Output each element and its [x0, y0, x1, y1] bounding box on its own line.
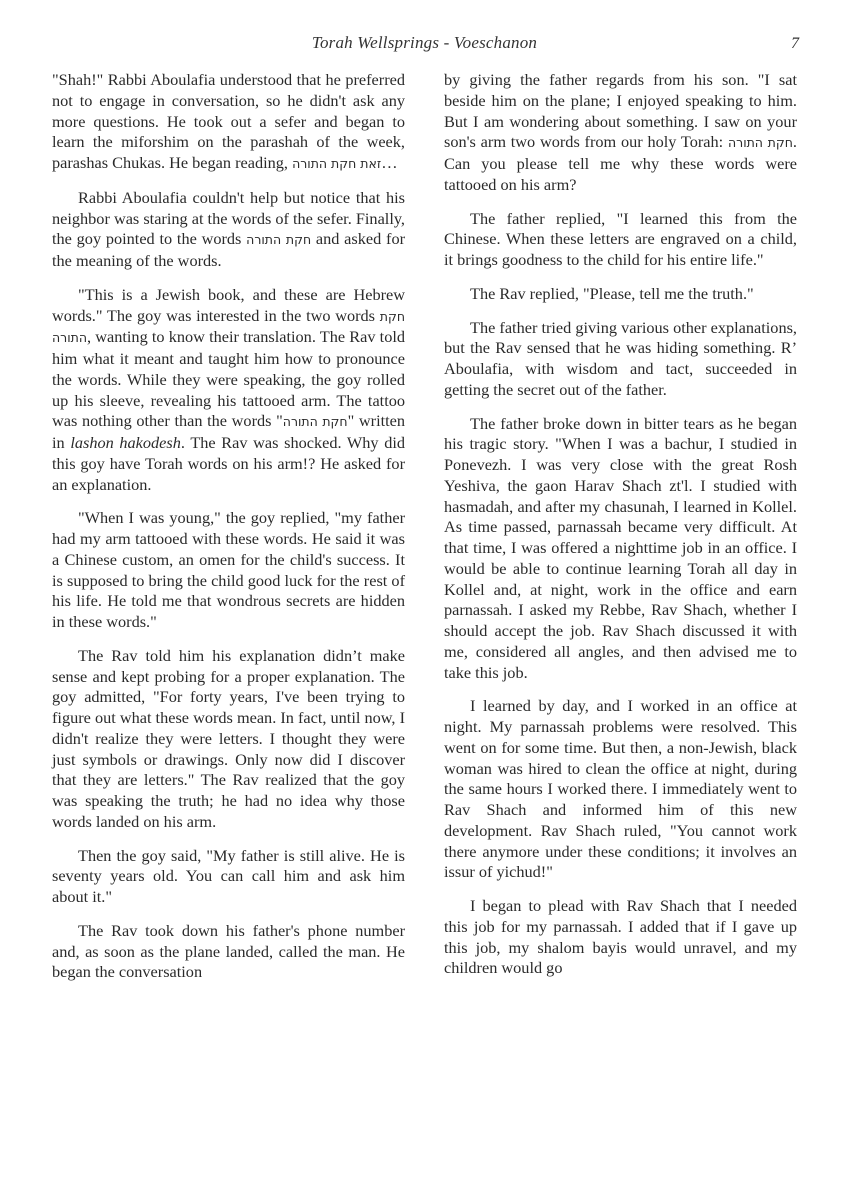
left-column: "Shah!" Rabbi Aboulafia understood that … [52, 70, 405, 996]
paragraph: Rabbi Aboulafia couldn't help but notice… [52, 188, 405, 272]
paragraph: The Rav told him his explanation didn’t … [52, 646, 405, 833]
paragraph: Then the goy said, "My father is still a… [52, 846, 405, 908]
hebrew-phrase: זאת חקת התורה [292, 156, 381, 171]
paragraph: The Rav took down his father's phone num… [52, 921, 405, 983]
paragraph: The father broke down in bitter tears as… [444, 414, 797, 684]
paragraph: "When I was young," the goy replied, "my… [52, 508, 405, 633]
page-header: Torah Wellsprings - Voeschanon 7 [0, 33, 849, 57]
paragraph: The father tried giving various other ex… [444, 318, 797, 401]
paragraph: I learned by day, and I worked in an off… [444, 696, 797, 883]
paragraph: I began to plead with Rav Shach that I n… [444, 896, 797, 979]
hebrew-phrase: חקת התורה [728, 135, 793, 150]
paragraph-text: "This is a Jewish book, and these are He… [52, 285, 405, 325]
paragraph: by giving the father regards from his so… [444, 70, 797, 196]
italic-term: lashon hakodesh [70, 433, 181, 452]
paragraph: The father replied, "I learned this from… [444, 209, 797, 271]
paragraph: "This is a Jewish book, and these are He… [52, 285, 405, 496]
paragraph-text: … [381, 153, 397, 172]
running-title: Torah Wellsprings - Voeschanon [0, 33, 849, 53]
right-column: by giving the father regards from his so… [444, 70, 797, 992]
hebrew-phrase: חקת התורה [283, 414, 348, 429]
paragraph: The Rav replied, "Please, tell me the tr… [444, 284, 797, 305]
paragraph: "Shah!" Rabbi Aboulafia understood that … [52, 70, 405, 175]
page-number: 7 [791, 35, 799, 53]
hebrew-phrase: חקת התורה [246, 232, 311, 247]
